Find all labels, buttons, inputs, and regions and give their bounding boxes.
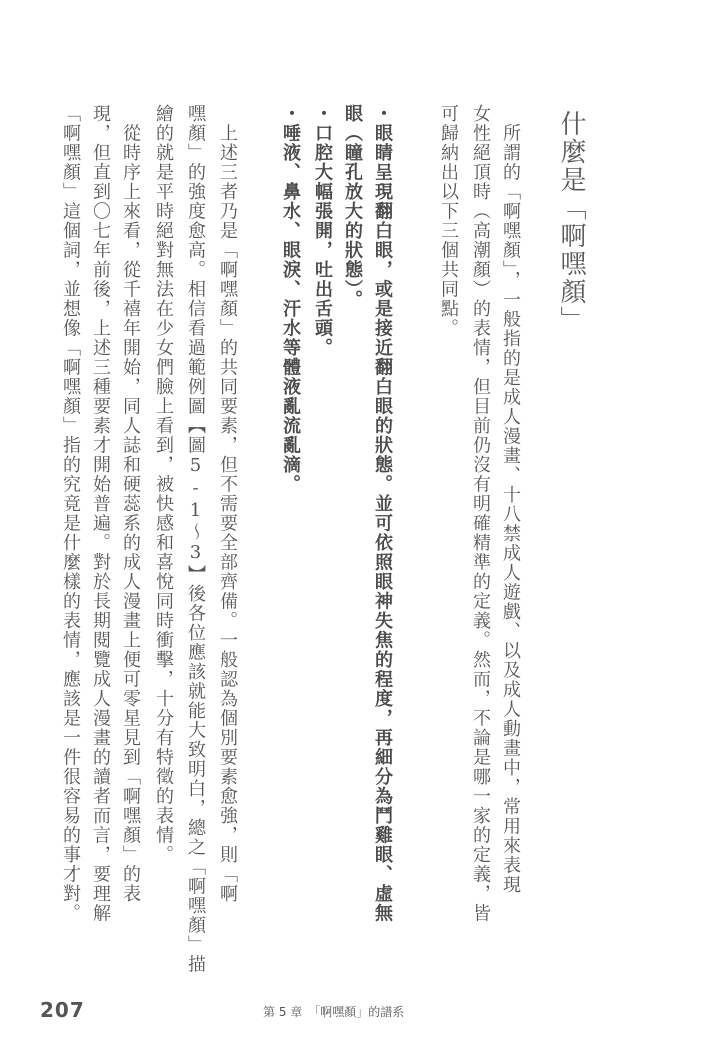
bullet-1-line-2: 眼（瞳孔放大的狀態）。 <box>341 104 363 310</box>
book-page: 什麼是「啊嘿顏」 所謂的「啊嘿顏」，一般指的是成人漫畫、十八禁成人遊戲、以及成人… <box>0 0 712 1050</box>
bullet-3: ・唾液、鼻水、眼淚、汗水等體液亂流亂滴。 <box>279 104 301 494</box>
paragraph-1-line-1: 所謂的「啊嘿顏」，一般指的是成人漫畫、十八禁成人遊戲、以及成人動畫中，常用來表現 <box>499 104 521 895</box>
paragraph-1-line-2: 女性絕頂時（高潮顏）的表情，但目前仍沒有明確精準的定義。然而，不論是哪一家的定義… <box>469 104 491 923</box>
page-number: 207 <box>40 998 85 1022</box>
section-title: 什麼是「啊嘿顏」 <box>555 110 587 334</box>
paragraph-2-line-2: 嘿顏」的強度愈高。相信看過範例圖【圖5-1～3】後各位應該就能大致明白，總之「啊… <box>184 104 206 974</box>
bullet-2: ・口腔大幅張開，吐出舌頭。 <box>311 104 333 358</box>
chapter-running-head: 第 5 章 「啊嘿顏」的譜系 <box>263 1003 404 1020</box>
paragraph-2-line-1: 上述三者乃是「啊嘿顏」的共同要素，但不需要全部齊備。一般認為個別要素愈強，則「啊 <box>216 104 238 904</box>
paragraph-3-line-1: 從時序上來看，從千禧年開始，同人誌和硬蕊系的成人漫畫上便可零星見到「啊嘿顏」的表 <box>119 104 141 904</box>
paragraph-3-line-2: 現，但直到〇七年前後，上述三種要素才開始普遍。對於長期閱覽成人漫畫的讀者而言，要… <box>89 104 111 923</box>
bullet-1-line-1: ・眼睛呈現翻白眼，或是接近翻白眼的狀態。並可依照眼神失焦的程度，再細分為鬥雞眼、… <box>371 104 393 923</box>
paragraph-3-line-3: 「啊嘿顏」這個詞，並想像「啊嘿顏」指的究竟是什麼樣的表情，應該是一件很容易的事才… <box>59 104 81 923</box>
paragraph-2-line-3: 繪的就是平時絕對無法在少女們臉上看到，被快感和喜悅同時衝擊，十分有特徵的表情。 <box>152 104 174 865</box>
paragraph-1-line-3: 可歸納出以下三個共同點。 <box>437 104 459 338</box>
